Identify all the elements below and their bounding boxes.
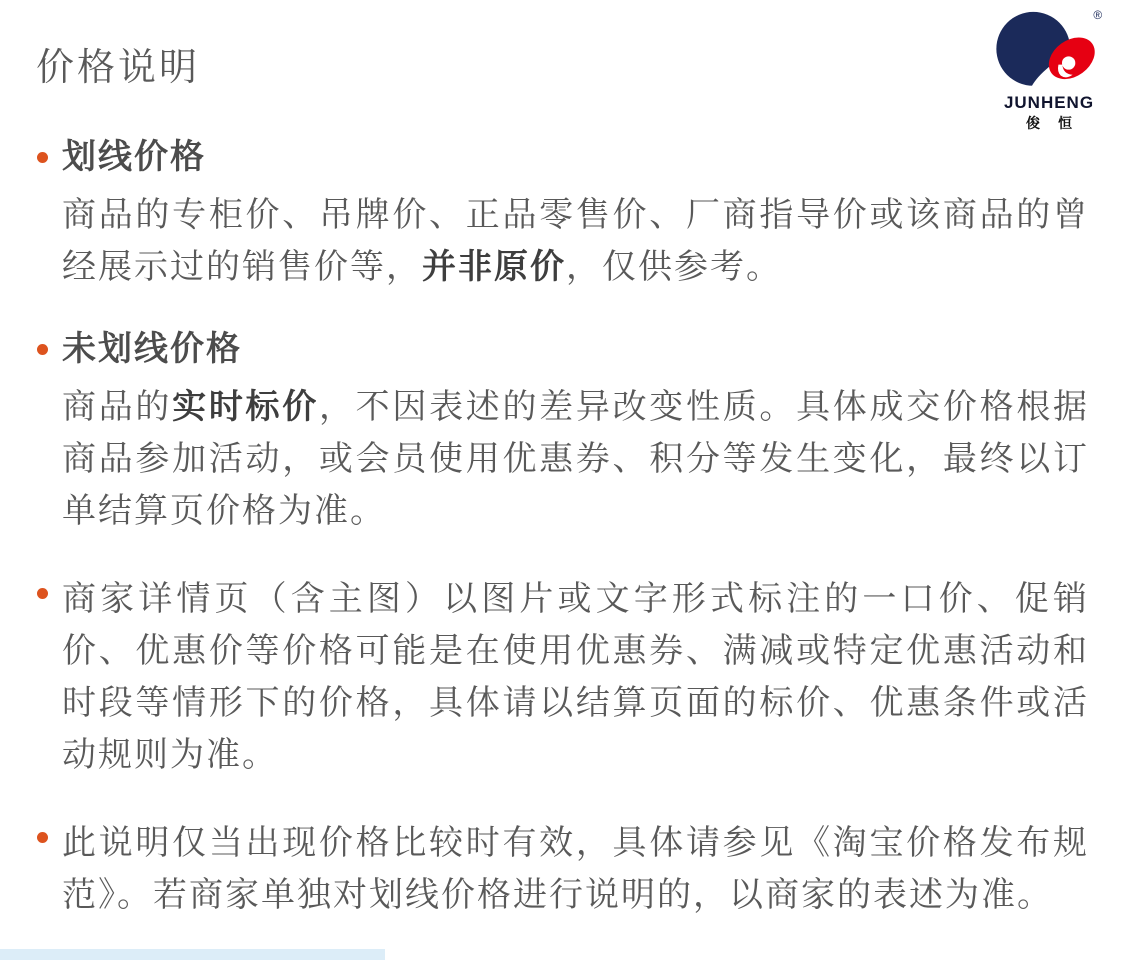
- section-detail-page-prices: 商家详情页（含主图）以图片或文字形式标注的一口价、促销价、优惠价等价格可能是在使…: [36, 573, 1089, 781]
- brand-logo-icon: ®: [990, 8, 1108, 96]
- price-notice-page: 价格说明 ® JUNHENG 俊恒 划线价格 商品的专柜价、吊牌价、正品零售价、…: [0, 0, 1125, 960]
- paragraph-text: 商家详情页（含主图）以图片或文字形式标注的一口价、促销价、优惠价等价格可能是在使…: [62, 580, 1089, 774]
- section-paragraph: 商品的实时标价，不因表述的差异改变性质。具体成交价格根据商品参加活动，或会员使用…: [62, 381, 1089, 537]
- brand-name-en: JUNHENG: [987, 94, 1111, 113]
- section-strikethrough-price: 划线价格 商品的专柜价、吊牌价、正品零售价、厂商指导价或该商品的曾经展示过的销售…: [36, 137, 1089, 293]
- brand-logo: ® JUNHENG 俊恒: [987, 8, 1111, 131]
- section-heading: 划线价格: [62, 137, 1089, 177]
- bullet-icon: [37, 832, 48, 843]
- bullet-icon: [37, 344, 48, 355]
- brand-name-cn: 俊恒: [987, 116, 1111, 131]
- page-title: 价格说明: [36, 44, 1089, 93]
- bottom-scroll-strip: [0, 949, 385, 960]
- paragraph-text: 此说明仅当出现价格比较时有效，具体请参见《淘宝价格发布规范》。若商家单独对划线价…: [62, 824, 1089, 914]
- paragraph-bold-text: 实时标价: [172, 388, 319, 426]
- paragraph-bold-text: 并非原价: [422, 248, 566, 286]
- bullet-icon: [37, 588, 48, 599]
- section-paragraph: 商家详情页（含主图）以图片或文字形式标注的一口价、促销价、优惠价等价格可能是在使…: [62, 573, 1089, 781]
- section-unstruck-price: 未划线价格 商品的实时标价，不因表述的差异改变性质。具体成交价格根据商品参加活动…: [36, 329, 1089, 537]
- paragraph-text: 商品的: [62, 388, 172, 426]
- section-paragraph: 商品的专柜价、吊牌价、正品零售价、厂商指导价或该商品的曾经展示过的销售价等，并非…: [62, 189, 1089, 293]
- bullet-icon: [37, 152, 48, 163]
- section-heading: 未划线价格: [62, 329, 1089, 369]
- registered-mark-icon: ®: [1093, 9, 1102, 22]
- section-paragraph: 此说明仅当出现价格比较时有效，具体请参见《淘宝价格发布规范》。若商家单独对划线价…: [62, 817, 1089, 921]
- notice-sections: 划线价格 商品的专柜价、吊牌价、正品零售价、厂商指导价或该商品的曾经展示过的销售…: [36, 137, 1089, 921]
- section-validity-note: 此说明仅当出现价格比较时有效，具体请参见《淘宝价格发布规范》。若商家单独对划线价…: [36, 817, 1089, 921]
- paragraph-text: ，仅供参考。: [566, 248, 782, 286]
